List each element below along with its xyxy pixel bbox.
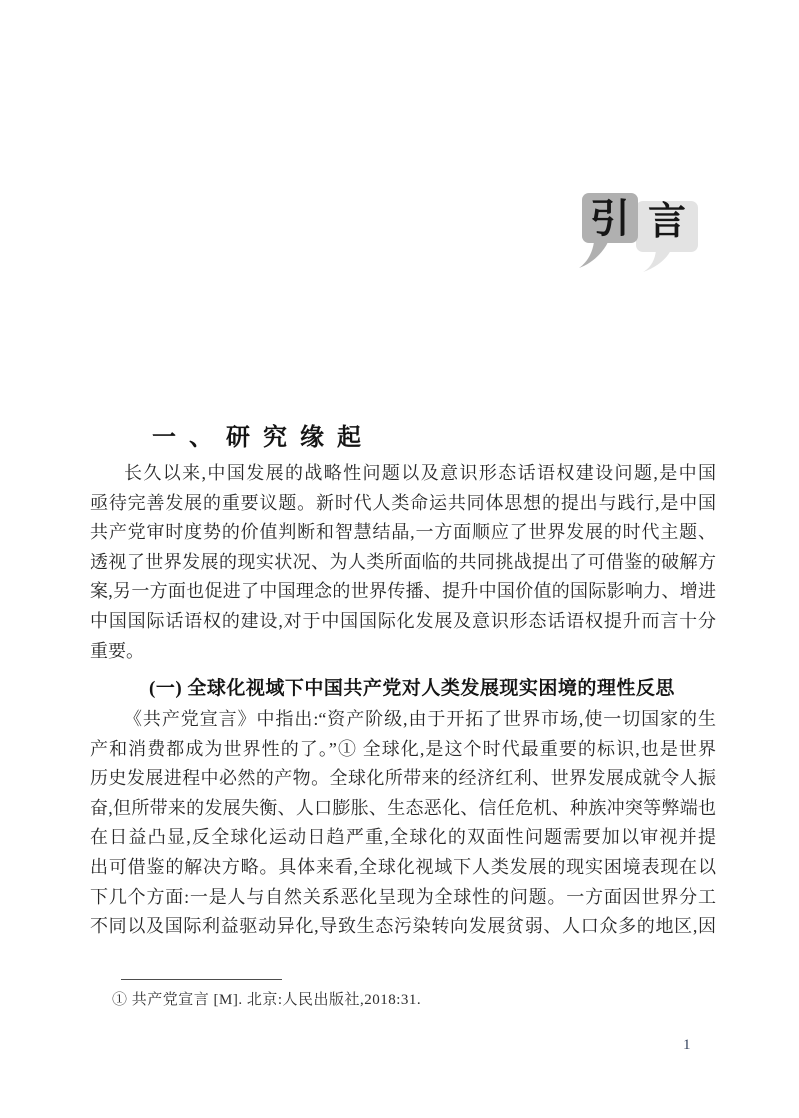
subsection-heading: (一) 全球化视域下中国共产党对人类发展现实困境的理性反思 <box>149 673 675 700</box>
speech-bubble-tail-icon <box>579 242 608 268</box>
text-line: 《共产党宣言》中指出:“资产阶级,由于开拓了世界市场,使一切国家的生 <box>90 705 716 735</box>
text-line: 奋,但所带来的发展失衡、人口膨胀、生态恶化、信任危机、种族冲突等弊端也 <box>90 794 716 824</box>
text-line: 下几个方面:一是人与自然关系恶化呈现为全球性的问题。一方面因世界分工 <box>90 883 716 913</box>
paragraph: 《共产党宣言》中指出:“资产阶级,由于开拓了世界市场,使一切国家的生产和消费都成… <box>90 705 716 942</box>
text-line: 在日益凸显,反全球化运动日趋严重,全球化的双面性问题需要加以审视并提 <box>90 823 716 853</box>
text-line: 亟待完善发展的重要议题。新时代人类命运共同体思想的提出与践行,是中国 <box>90 489 716 519</box>
page-number: 1 <box>683 1037 691 1054</box>
footnote-text: ① 共产党宣言 [M]. 北京:人民出版社,2018:31. <box>112 988 421 1009</box>
paragraph: 长久以来,中国发展的战略性问题以及意识形态话语权建设问题,是中国亟待完善发展的重… <box>90 459 716 666</box>
text-line: 中国国际话语权的建设,对于中国国际化发展及意识形态话语权提升而言十分 <box>90 607 716 637</box>
text-line: 出可借鉴的解决方略。具体来看,全球化视域下人类发展的现实困境表现在以 <box>90 853 716 883</box>
speech-bubble-tail-icon <box>643 250 671 272</box>
text-line: 长久以来,中国发展的战略性问题以及意识形态话语权建设问题,是中国 <box>90 459 716 489</box>
speech-bubble-left: 引 <box>579 193 638 268</box>
banner-char-right: 言 <box>648 201 686 243</box>
text-line: 不同以及国际利益驱动异化,导致生态污染转向发展贫弱、人口众多的地区,因 <box>90 912 716 942</box>
book-page: 言 引 一、研究缘起 长久以来,中国发展的战略性问题以及意识形态话语权建设问题,… <box>0 0 799 1118</box>
chapter-banner: 言 引 <box>576 188 716 282</box>
text-line: 历史发展进程中必然的产物。全球化所带来的经济红利、世界发展成就令人振 <box>90 764 716 794</box>
section-heading: 一、研究缘起 <box>152 417 374 452</box>
text-line: 产和消费都成为世界性的了。”① 全球化,是这个时代最重要的标识,也是世界 <box>90 735 716 765</box>
speech-bubble-right: 言 <box>636 201 698 272</box>
text-line: 重要。 <box>90 637 716 667</box>
text-line: 共产党审时度势的价值判断和智慧结晶,一方面顺应了世界发展的时代主题、 <box>90 518 716 548</box>
footnote-divider <box>121 979 282 980</box>
text-line: 案,另一方面也促进了中国理念的世界传播、提升中国价值的国际影响力、增进 <box>90 577 716 607</box>
text-line: 透视了世界发展的现实状况、为人类所面临的共同挑战提出了可借鉴的破解方 <box>90 548 716 578</box>
banner-char-left: 引 <box>590 196 630 241</box>
